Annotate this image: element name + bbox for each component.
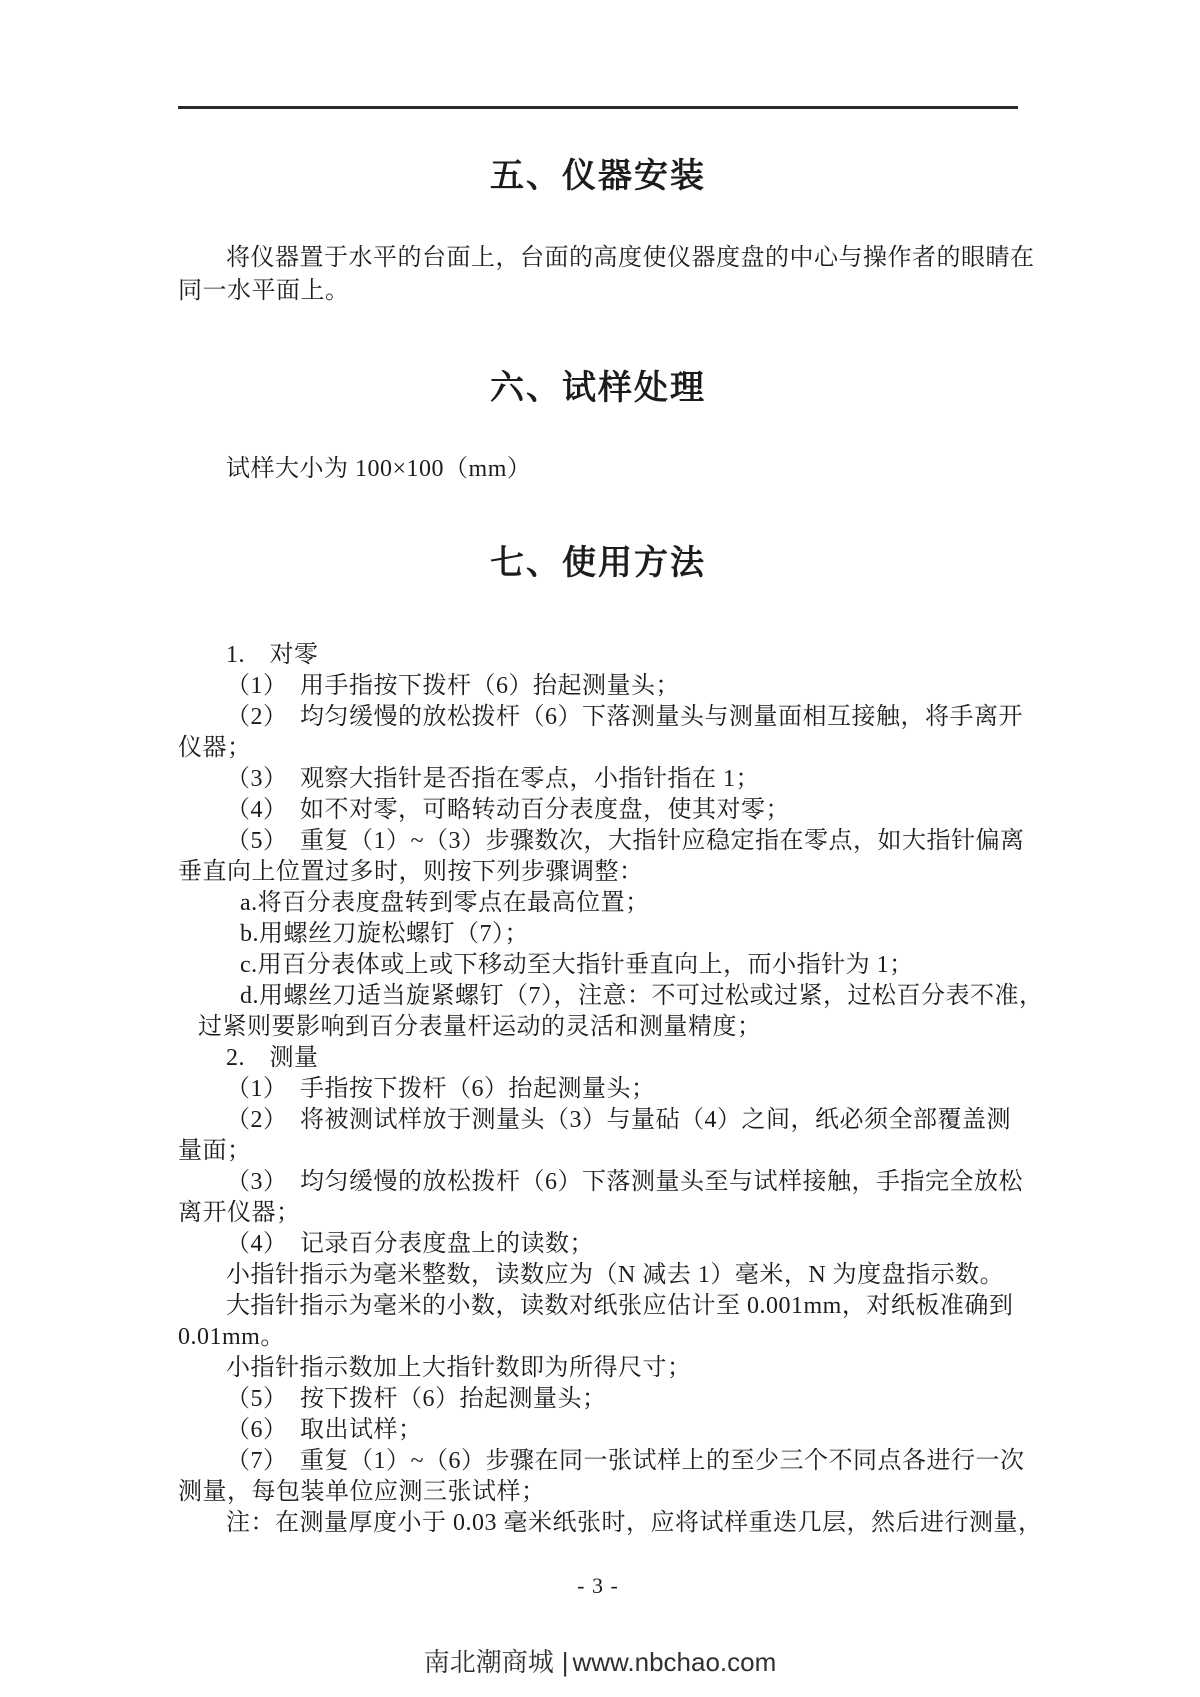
usage-instructions: 1. 对零 （1） 用手指按下拨杆（6）抬起测量头； （2） 均匀缓慢的放松拨杆…: [178, 640, 1018, 1539]
footer-separator: |: [562, 1647, 569, 1677]
usage-line: （3） 观察大指针是否指在零点，小指针指在 1；: [178, 764, 1018, 795]
usage-line: d.用螺丝刀适当旋紧螺钉（7），注意：不可过松或过紧，过松百分表不准，: [178, 981, 1018, 1012]
usage-line: 量面；: [178, 1136, 1018, 1167]
footer: 南北潮商城|www.nbchao.com: [178, 1645, 1018, 1679]
usage-line: 小指针指示数加上大指针数即为所得尺寸；: [178, 1353, 1018, 1384]
sample-size-line: 试样大小为 100×100（mm）: [178, 454, 1018, 485]
usage-line: 离开仪器；: [178, 1198, 1018, 1229]
usage-line: 垂直向上位置过多时，则按下列步骤调整：: [178, 857, 1018, 888]
usage-line: c.用百分表体或上或下移动至大指针垂直向上，而小指针为 1；: [178, 950, 1018, 981]
footer-url-link[interactable]: www.nbchao.com: [573, 1647, 777, 1677]
section-title-installation: 五、仪器安装: [178, 157, 1018, 197]
usage-line: （5） 按下拨杆（6）抬起测量头；: [178, 1384, 1018, 1415]
usage-line: 2. 测量: [178, 1043, 1018, 1074]
installation-paragraph: 将仪器置于水平的台面上，台面的高度使仪器度盘的中心与操作者的眼睛在 同一水平面上…: [178, 242, 1018, 308]
usage-line: 过紧则要影响到百分表量杆运动的灵活和测量精度；: [178, 1012, 1018, 1043]
usage-line: （6） 取出试样；: [178, 1415, 1018, 1446]
usage-line: （3） 均匀缓慢的放松拨杆（6）下落测量头至与试样接触，手指完全放松: [178, 1167, 1018, 1198]
header-rule: [178, 106, 1018, 109]
usage-line: （5） 重复（1）~（3）步骤数次，大指针应稳定指在零点，如大指针偏离: [178, 826, 1018, 857]
usage-line: （1） 用手指按下拨杆（6）抬起测量头；: [178, 671, 1018, 702]
page-content: 五、仪器安装 将仪器置于水平的台面上，台面的高度使仪器度盘的中心与操作者的眼睛在…: [178, 0, 1018, 1679]
paragraph-line: 同一水平面上。: [178, 275, 1018, 308]
usage-line: （1） 手指按下拨杆（6）抬起测量头；: [178, 1074, 1018, 1105]
usage-line: （4） 记录百分表度盘上的读数；: [178, 1229, 1018, 1260]
usage-line: 注：在测量厚度小于 0.03 毫米纸张时，应将试样重迭几层，然后进行测量，: [178, 1508, 1018, 1539]
page-number: - 3 -: [178, 1572, 1018, 1600]
section-title-sample: 六、试样处理: [178, 369, 1018, 409]
usage-line: （2） 均匀缓慢的放松拨杆（6）下落测量头与测量面相互接触，将手离开: [178, 702, 1018, 733]
usage-line: （7） 重复（1）~（6）步骤在同一张试样上的至少三个不同点各进行一次: [178, 1446, 1018, 1477]
usage-line: 0.01mm。: [178, 1322, 1018, 1353]
usage-line: 1. 对零: [178, 640, 1018, 671]
paragraph-line: 将仪器置于水平的台面上，台面的高度使仪器度盘的中心与操作者的眼睛在: [178, 242, 1018, 275]
document-page: 五、仪器安装 将仪器置于水平的台面上，台面的高度使仪器度盘的中心与操作者的眼睛在…: [0, 0, 1200, 1697]
usage-line: 大指针指示为毫米的小数，读数对纸张应估计至 0.001mm，对纸板准确到: [178, 1291, 1018, 1322]
usage-line: a.将百分表度盘转到零点在最高位置；: [178, 888, 1018, 919]
usage-line: 测量，每包装单位应测三张试样；: [178, 1477, 1018, 1508]
usage-line: 仪器；: [178, 733, 1018, 764]
footer-site-name: 南北潮商城: [424, 1647, 554, 1677]
section-title-usage: 七、使用方法: [178, 544, 1018, 584]
usage-line: （4） 如不对零，可略转动百分表度盘，使其对零；: [178, 795, 1018, 826]
sample-paragraph: 试样大小为 100×100（mm）: [178, 454, 1018, 485]
usage-line: （2） 将被测试样放于测量头（3）与量砧（4）之间，纸必须全部覆盖测: [178, 1105, 1018, 1136]
usage-line: b.用螺丝刀旋松螺钉（7）；: [178, 919, 1018, 950]
usage-line: 小指针指示为毫米整数，读数应为（N 减去 1）毫米，N 为度盘指示数。: [178, 1260, 1018, 1291]
